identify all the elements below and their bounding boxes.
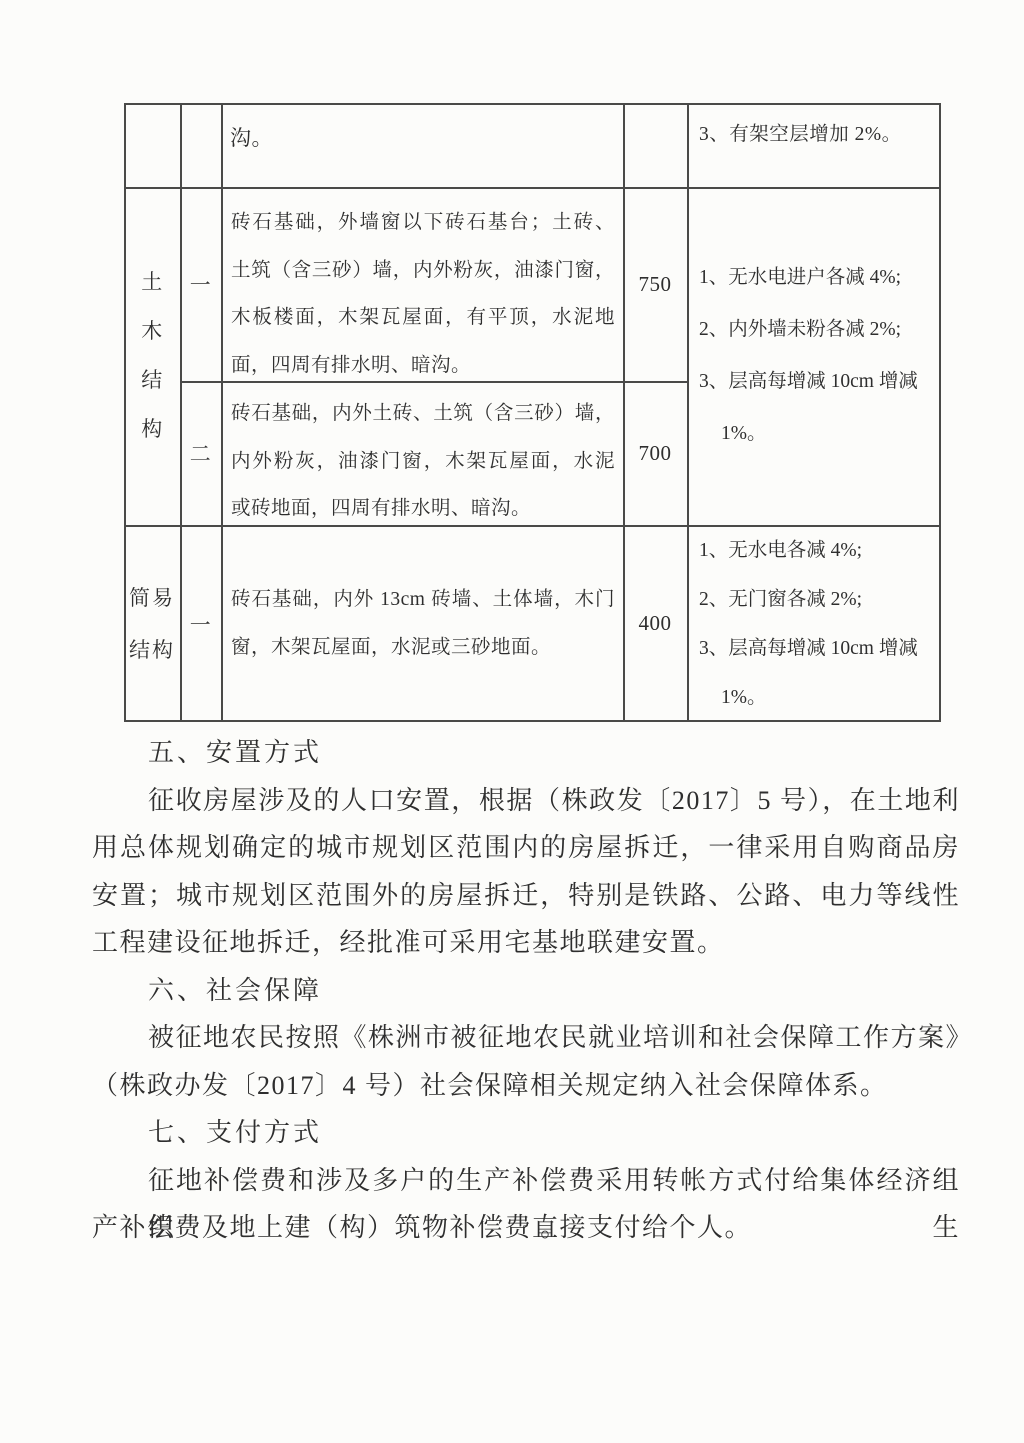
- description-line: 砖石基础，内外土砖、土筑（含三砂）墙，: [231, 390, 615, 438]
- table-cell-value-700: 700: [625, 381, 685, 525]
- section-heading-5: 五、安置方式: [92, 729, 960, 777]
- section-heading-6: 六、社会保障: [92, 967, 960, 1015]
- table-col-divider-4: [687, 103, 689, 722]
- description-line: 木板楼面，木架瓦屋面，有平顶，水泥地: [231, 294, 615, 342]
- table-cell-grade-2: 二: [180, 381, 221, 525]
- paragraph-line: 被征地农民按照《株洲市被征地农民就业培训和社会保障工作方案》: [92, 1014, 960, 1062]
- table-col-divider-2: [221, 103, 223, 722]
- table-cell-description-2: 砖石基础，内外土砖、土筑（含三砂）墙， 内外粉灰，油漆门窗，木架瓦屋面，水泥 或…: [231, 390, 615, 533]
- paragraph-line: 工程建设征地拆迁，经批准可采用宅基地联建安置。: [92, 919, 960, 967]
- note-line: 3、层高每增减 10cm 增减: [699, 624, 937, 673]
- description-line: 窗，木架瓦屋面，水泥或三砂地面。: [231, 624, 615, 672]
- note-line: 1%。: [699, 673, 937, 722]
- table-cell-carryover-description: 沟。: [230, 122, 610, 152]
- note-line: 3、层高每增减 10cm 增减: [699, 356, 937, 408]
- note-line: 1、无水电进户各减 4%;: [699, 252, 937, 304]
- table-cell-notes-simple: 1、无水电各减 4%; 2、无门窗各减 2%; 3、层高每增减 10cm 增减 …: [699, 525, 937, 722]
- description-line: 土筑（含三砂）墙，内外粉灰，油漆门窗，: [231, 247, 615, 295]
- section-heading-7: 七、支付方式: [92, 1109, 960, 1157]
- table-cell-description-1: 砖石基础，外墙窗以下砖石基台；土砖、 土筑（含三砂）墙，内外粉灰，油漆门窗， 木…: [231, 199, 615, 389]
- table-cell-notes-earthwood: 1、无水电进户各减 4%; 2、内外墙未粉各减 2%; 3、层高每增减 10cm…: [699, 187, 937, 525]
- paragraph-line: 征地补偿费和涉及多户的生产补偿费采用转帐方式付给集体经济组织。生: [92, 1157, 960, 1205]
- paragraph-line: （株政办发〔2017〕4 号）社会保障相关规定纳入社会保障体系。: [92, 1062, 960, 1110]
- table-cell-value-750: 750: [625, 187, 685, 381]
- note-line: 2、无门窗各减 2%;: [699, 575, 937, 624]
- paragraph-line: 安置；城市规划区范围外的房屋拆迁，特别是铁路、公路、电力等线性: [92, 872, 960, 920]
- note-line: 1、无水电各减 4%;: [699, 526, 937, 575]
- category-label: 土木结构: [141, 258, 164, 454]
- paragraph-line: 用总体规划确定的城市规划区范围内的房屋拆迁，一律采用自购商品房: [92, 824, 960, 872]
- table-border-right: [939, 103, 941, 722]
- table-cell-carryover-note: 3、有架空层增加 2%。: [699, 118, 935, 146]
- table-cell-category-earthwood: 土木结构: [124, 187, 180, 525]
- table-cell-grade-1: 一: [180, 187, 221, 381]
- note-line: 2、内外墙未粉各减 2%;: [699, 304, 937, 356]
- note-line: 1%。: [699, 408, 937, 460]
- description-line: 砖石基础，外墙窗以下砖石基台；土砖、: [231, 199, 615, 247]
- description-line: 面，四周有排水明、暗沟。: [231, 342, 615, 390]
- document-page: 沟。 3、有架空层增加 2%。 土木结构 简易结构 一 二 一 砖石基础，外墙窗…: [0, 0, 1024, 1443]
- description-line: 内外粉灰，油漆门窗，木架瓦屋面，水泥: [231, 438, 615, 486]
- table-cell-value-400: 400: [625, 525, 685, 722]
- category-label: 简易结构: [129, 572, 175, 676]
- description-line: 砖石基础，内外 13cm 砖墙、土体墙，木门: [231, 576, 615, 624]
- table-cell-grade-3: 一: [180, 525, 221, 722]
- document-body: 五、安置方式 征收房屋涉及的人口安置，根据（株政发〔2017〕5 号），在土地利…: [92, 729, 960, 1252]
- table-cell-category-simple: 简易结构: [124, 525, 180, 722]
- paragraph-line: 征收房屋涉及的人口安置，根据（株政发〔2017〕5 号），在土地利: [92, 777, 960, 825]
- table-border-top: [124, 103, 941, 105]
- table-cell-description-3: 砖石基础，内外 13cm 砖墙、土体墙，木门 窗，木架瓦屋面，水泥或三砂地面。: [231, 525, 615, 722]
